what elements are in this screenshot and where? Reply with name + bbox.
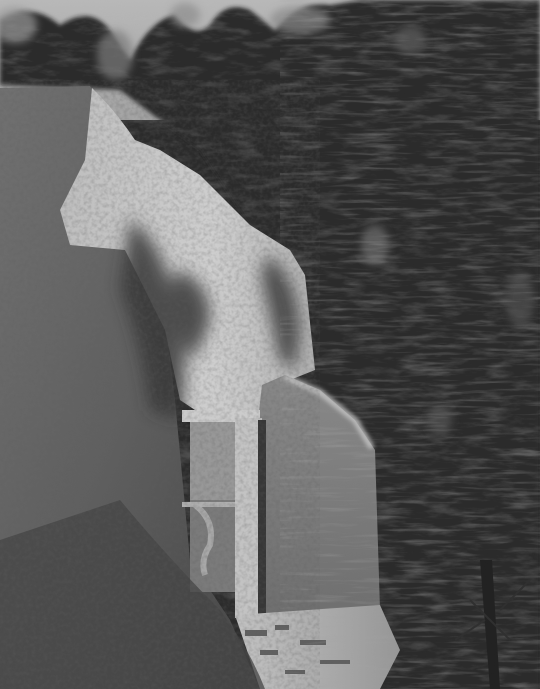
photograph: [0, 0, 540, 689]
adobe-ruin-photo: [0, 0, 540, 689]
